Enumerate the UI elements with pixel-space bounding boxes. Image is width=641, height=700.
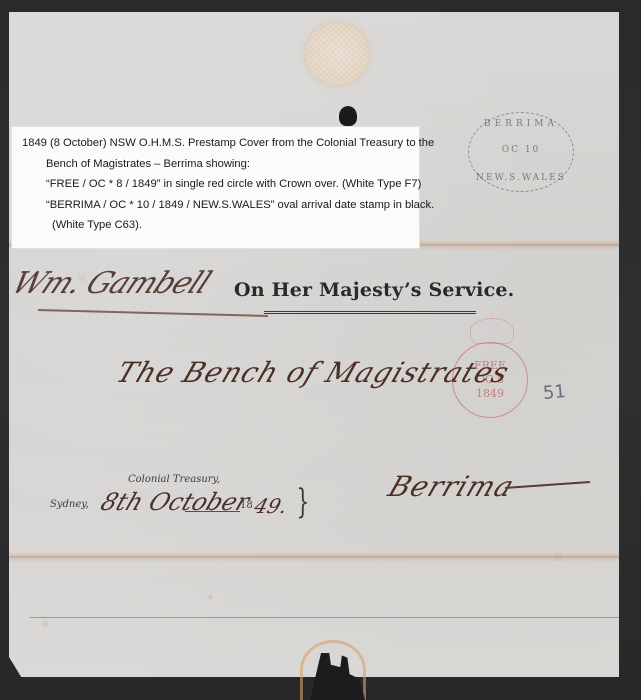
place-imprint: Sydney, — [50, 499, 89, 510]
manuscript-year: 49. — [252, 494, 290, 518]
caption-line-4: “BERRIMA / OC * 10 / 1849 / NEW.S.WALES”… — [22, 195, 419, 216]
fold-line-lower — [9, 552, 619, 562]
seal-tear-hole-top — [339, 106, 357, 126]
berrima-oval-arrival-postmark: BERRIMA OC 10 NEW.S.WALES — [468, 112, 574, 192]
oval-postmark-top-text: BERRIMA — [469, 119, 573, 129]
caption-line-5: (White Type C63). — [22, 215, 419, 236]
pencil-notation: 51 — [542, 381, 567, 404]
manuscript-destination: Berrima — [384, 470, 519, 503]
free-postmark-line-3: 1849 — [453, 387, 527, 401]
manuscript-addressee: The Bench of Magistrates — [112, 356, 514, 389]
header-double-rule — [264, 311, 476, 314]
wax-seal-impression — [305, 23, 369, 85]
printed-year-prefix: 18 — [240, 500, 253, 511]
date-dash-line — [185, 511, 240, 512]
description-label: 1849 (8 October) NSW O.H.M.S. Prestamp C… — [11, 126, 420, 249]
lower-flap-edge — [30, 617, 619, 618]
printed-brace: } — [296, 482, 309, 522]
caption-line-1: 1849 (8 October) NSW O.H.M.S. Prestamp C… — [22, 133, 419, 154]
treasury-imprint: Colonial Treasury, — [128, 474, 220, 485]
crown-cancel-icon — [470, 318, 514, 344]
printed-ohms-header: On Her Majesty’s Service. — [234, 279, 514, 301]
caption-line-2: Bench of Magistrates – Berrima showing: — [22, 154, 419, 175]
manuscript-signature: Wm. Gambell — [6, 266, 216, 301]
oval-postmark-bottom-text: NEW.S.WALES — [469, 173, 573, 183]
caption-line-3: “FREE / OC * 8 / 1849” in single red cir… — [22, 174, 419, 195]
oval-postmark-date-text: OC 10 — [469, 145, 573, 155]
